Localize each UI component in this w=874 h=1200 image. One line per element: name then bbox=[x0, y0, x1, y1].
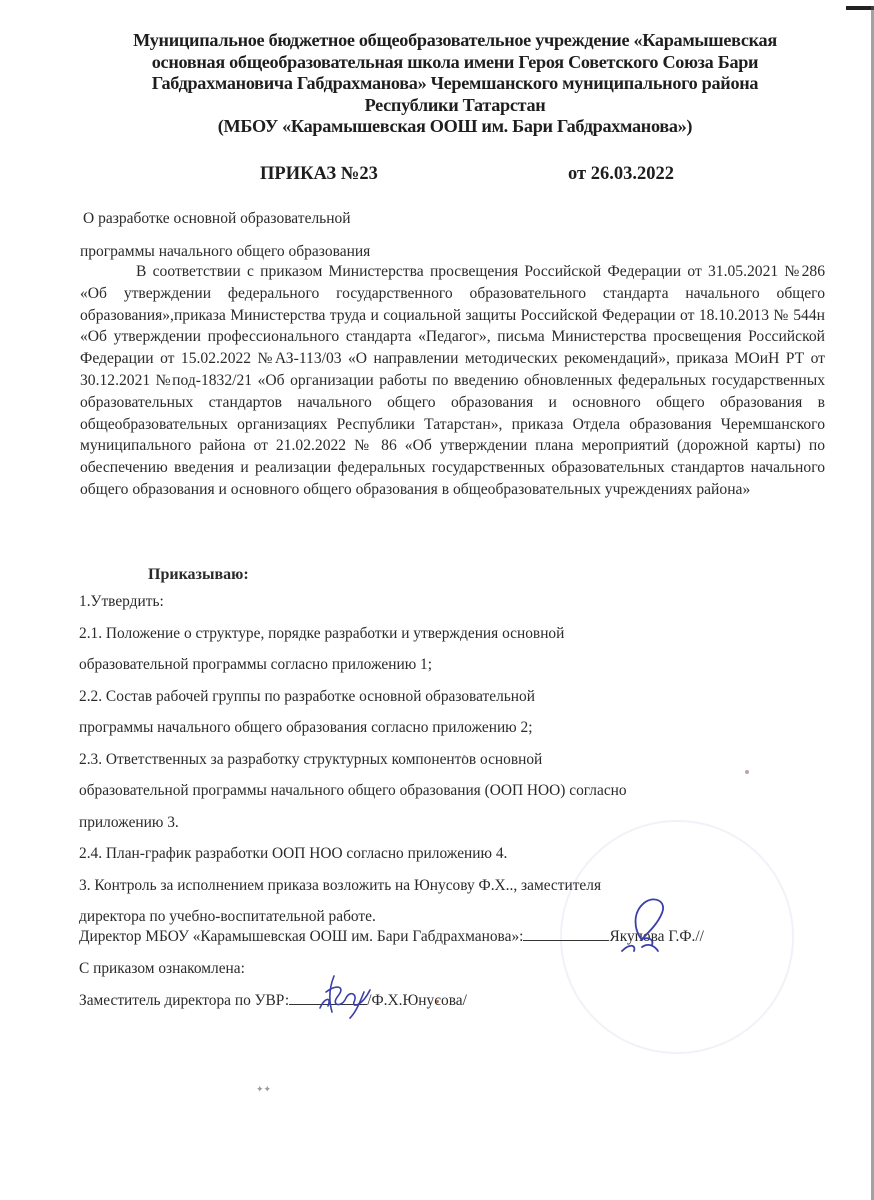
header-line: Габдрахмановича Габдрахманова» Черемшанс… bbox=[60, 73, 850, 95]
scan-speck bbox=[745, 770, 749, 774]
header-line: Муниципальное бюджетное общеобразователь… bbox=[60, 30, 850, 52]
order-item: программы начального общего образования … bbox=[79, 717, 627, 749]
header-line: Республики Татарстан bbox=[60, 95, 850, 117]
subject-line: О разработке основной образовательной bbox=[80, 202, 370, 235]
director-signature-line: Директор МБОУ «Карамышевская ООШ им. Бар… bbox=[79, 926, 704, 958]
header-line: основная общеобразовательная школа имени… bbox=[60, 52, 850, 74]
order-item: образовательной программы начального общ… bbox=[79, 780, 627, 812]
scan-smudge: ✦✦ bbox=[256, 1084, 271, 1095]
acknowledged-line: С приказом ознакомлена: bbox=[79, 958, 704, 990]
order-item: 2.2. Состав рабочей группы по разработке… bbox=[79, 686, 627, 718]
order-item: образовательной программы согласно прило… bbox=[79, 654, 627, 686]
order-item: 1.Утвердить: bbox=[79, 591, 627, 623]
signature-block: Директор МБОУ «Карамышевская ООШ им. Бар… bbox=[79, 926, 704, 1022]
order-items: 1.Утвердить: 2.1. Положение о структуре,… bbox=[79, 591, 627, 938]
deputy-label: Заместитель директора по УВР: bbox=[79, 992, 289, 1009]
order-title: ПРИКАЗ №23 bbox=[260, 164, 378, 185]
order-item: 2.1. Положение о структуре, порядке разр… bbox=[79, 623, 627, 655]
order-item: 3. Контроль за исполнением приказа возло… bbox=[79, 875, 627, 907]
deputy-name: /Ф.Х.Юнусова/ bbox=[367, 992, 467, 1009]
signature-blank bbox=[523, 926, 609, 941]
scan-corner-mark bbox=[846, 6, 874, 10]
decree-label: Приказываю: bbox=[148, 566, 249, 584]
order-date: от 26.03.2022 bbox=[568, 164, 674, 185]
scan-speck bbox=[463, 755, 466, 758]
director-label: Директор МБОУ «Карамышевская ООШ им. Бар… bbox=[79, 928, 523, 945]
director-signature-icon bbox=[612, 895, 682, 955]
order-subject: О разработке основной образовательной пр… bbox=[80, 202, 370, 268]
order-item: приложению 3. bbox=[79, 812, 627, 844]
order-item: 2.3. Ответственных за разработку структу… bbox=[79, 749, 627, 781]
deputy-signature-line: Заместитель директора по УВР:/Ф.Х.Юнусов… bbox=[79, 990, 704, 1022]
order-item: 2.4. План-график разработки ООП НОО согл… bbox=[79, 843, 627, 875]
preamble-paragraph: В соответствии с приказом Министерства п… bbox=[80, 261, 825, 501]
scan-speck bbox=[436, 1000, 439, 1003]
header-line: (МБОУ «Карамышевская ООШ им. Бари Габдра… bbox=[60, 116, 850, 138]
institution-header: Муниципальное бюджетное общеобразователь… bbox=[60, 30, 850, 138]
deputy-signature-icon bbox=[316, 972, 376, 1022]
